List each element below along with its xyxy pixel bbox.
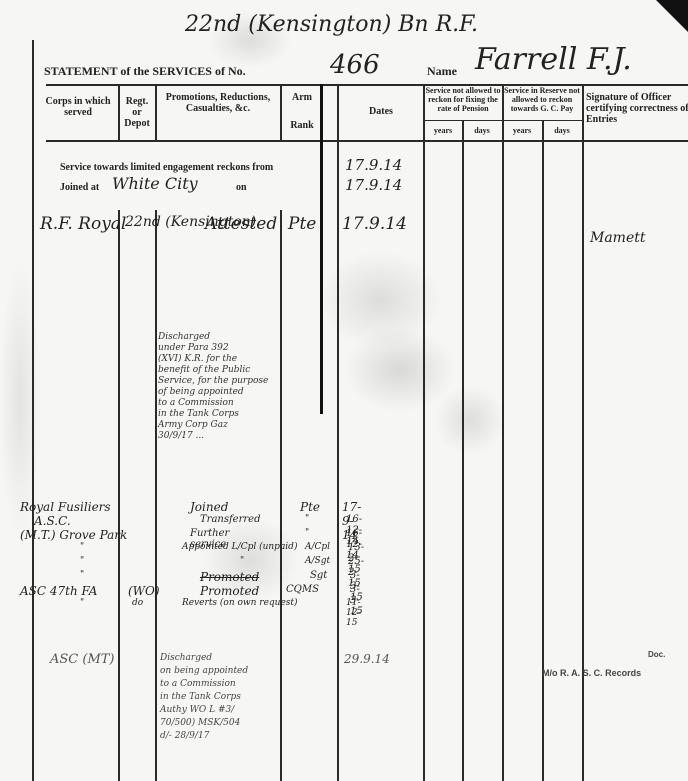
col-header-arm: Arm	[282, 92, 322, 103]
col-line-dates	[423, 84, 425, 781]
entry-corps: R.F. Royal	[40, 214, 126, 234]
stamp-line-1: Doc.	[648, 650, 665, 659]
note-line: (XVI) K.R. for the	[158, 354, 278, 365]
col-header-regt: Regt. or Depot	[120, 96, 154, 129]
col-header-reserve-days: days	[544, 126, 580, 135]
entry-corps: (M.T.) Grove Park	[20, 528, 127, 542]
document-page: 22nd (Kensington) Bn R.F. STATEMENT of t…	[0, 0, 688, 781]
discharge-date: 29.9.14	[344, 652, 390, 666]
col-header-pension: Service not allowed to reckon for fixing…	[425, 86, 501, 113]
col-header-rank: Rank	[282, 120, 322, 131]
note-line: to a Commission	[158, 398, 278, 409]
entry-rank: A/Sgt	[305, 556, 330, 566]
col-line-arm	[320, 84, 323, 414]
col-header-pension-years: years	[425, 126, 461, 135]
note-line: of being appointed	[158, 387, 278, 398]
joined-on-label: on	[236, 182, 247, 193]
header-bottom-rule	[46, 140, 426, 142]
corner-fold	[656, 0, 688, 32]
service-start-label: Service towards limited engagement recko…	[60, 162, 273, 173]
note-line: 30/9/17 ...	[158, 431, 278, 442]
note-line: Authy WO L #3/	[160, 704, 280, 717]
col-line-regt-lower	[155, 210, 157, 781]
entry-rank: "	[305, 528, 309, 538]
entry-event: Appointed L/Cpl (unpaid)	[182, 542, 297, 552]
note-line: Army Corp Gaz	[158, 420, 278, 431]
note-line: Discharged	[158, 332, 278, 343]
entry-event: Transferred	[200, 514, 260, 525]
service-number: 466	[330, 50, 380, 80]
note-line: in the Tank Corps	[158, 409, 278, 420]
col-line-pension	[502, 84, 504, 781]
col-line-corps-lower	[118, 210, 120, 781]
entry-date: 11-12-15	[346, 598, 361, 628]
entry-corps: "	[80, 598, 84, 608]
entry-rank: A/Cpl	[305, 542, 330, 552]
officer-signature: Mamett	[590, 230, 646, 246]
entry-corps: Royal Fusiliers	[20, 500, 111, 514]
note-line: to a Commission	[160, 678, 280, 691]
statement-label: STATEMENT of the SERVICES of No.	[44, 64, 246, 79]
header-top-rule	[46, 84, 688, 86]
col-header-reserve-years: years	[504, 126, 540, 135]
entry-rank: Pte	[300, 500, 320, 514]
entry-event: "	[240, 556, 244, 566]
name-label: Name	[427, 64, 457, 79]
discharge-corps: ASC (MT)	[50, 652, 115, 667]
stamp-line-2: M/o R. A. S. C. Records	[542, 668, 641, 678]
entry-corps: "	[80, 556, 84, 566]
entry-rank: Pte	[288, 214, 316, 234]
entry-rank: CQMS	[286, 584, 319, 595]
col-line-rank	[337, 84, 339, 781]
entry-corps: A.S.C.	[34, 514, 71, 528]
joined-date: 17.9.14	[345, 176, 402, 194]
col-header-corps: Corps in which served	[40, 96, 116, 118]
entry-event: Reverts (on own request)	[182, 598, 298, 608]
entry-event: Promoted	[200, 584, 259, 598]
entry-event: Promoted	[200, 570, 259, 584]
name-value: Farrell F.J.	[475, 42, 632, 77]
col-line-promotions-lower	[280, 210, 282, 781]
joined-place: White City	[112, 174, 198, 193]
note-line: 70/500) MSK/504	[160, 717, 280, 730]
service-start-date: 17.9.14	[345, 156, 402, 174]
col-line-reserve-years	[542, 120, 544, 781]
battalion-heading: 22nd (Kensington) Bn R.F.	[185, 12, 478, 37]
note-line: Service, for the purpose	[158, 376, 278, 387]
left-margin-line	[32, 40, 34, 781]
note-line: benefit of the Public	[158, 365, 278, 376]
entry-regt: (WO)	[128, 584, 160, 598]
note-line: under Para 392	[158, 343, 278, 354]
entry-rank: Sgt	[310, 570, 327, 581]
col-line-regt	[155, 84, 157, 140]
joined-at-label: Joined at	[60, 182, 99, 193]
col-header-reserve: Service in Reserve not allowed to reckon…	[504, 86, 580, 113]
note-line: Discharged	[160, 652, 280, 665]
entry-corps: "	[80, 570, 84, 580]
note-line: in the Tank Corps	[160, 691, 280, 704]
note-line: d/- 28/9/17	[160, 730, 280, 743]
note-line: on being appointed	[160, 665, 280, 678]
entry-corps: "	[80, 542, 84, 552]
col-header-dates: Dates	[340, 106, 422, 117]
entry-corps: ASC 47th FA	[20, 584, 97, 598]
discharge-note-2: Discharged on being appointed to a Commi…	[160, 652, 280, 743]
col-line-pension-years	[462, 120, 464, 781]
entry-rank: "	[305, 514, 309, 524]
entry-event: Joined	[190, 500, 228, 514]
entry-date: 17.9.14	[342, 214, 407, 234]
col-header-promotions: Promotions, Reductions, Casualties, &c.	[158, 92, 278, 114]
col-header-pension-days: days	[464, 126, 500, 135]
discharge-note-1: Discharged under Para 392 (XVI) K.R. for…	[158, 332, 278, 442]
entry-event: Attested	[205, 214, 277, 234]
entry-regt: do	[132, 598, 143, 608]
col-header-signature: Signature of Officer certifying correctn…	[586, 92, 688, 125]
